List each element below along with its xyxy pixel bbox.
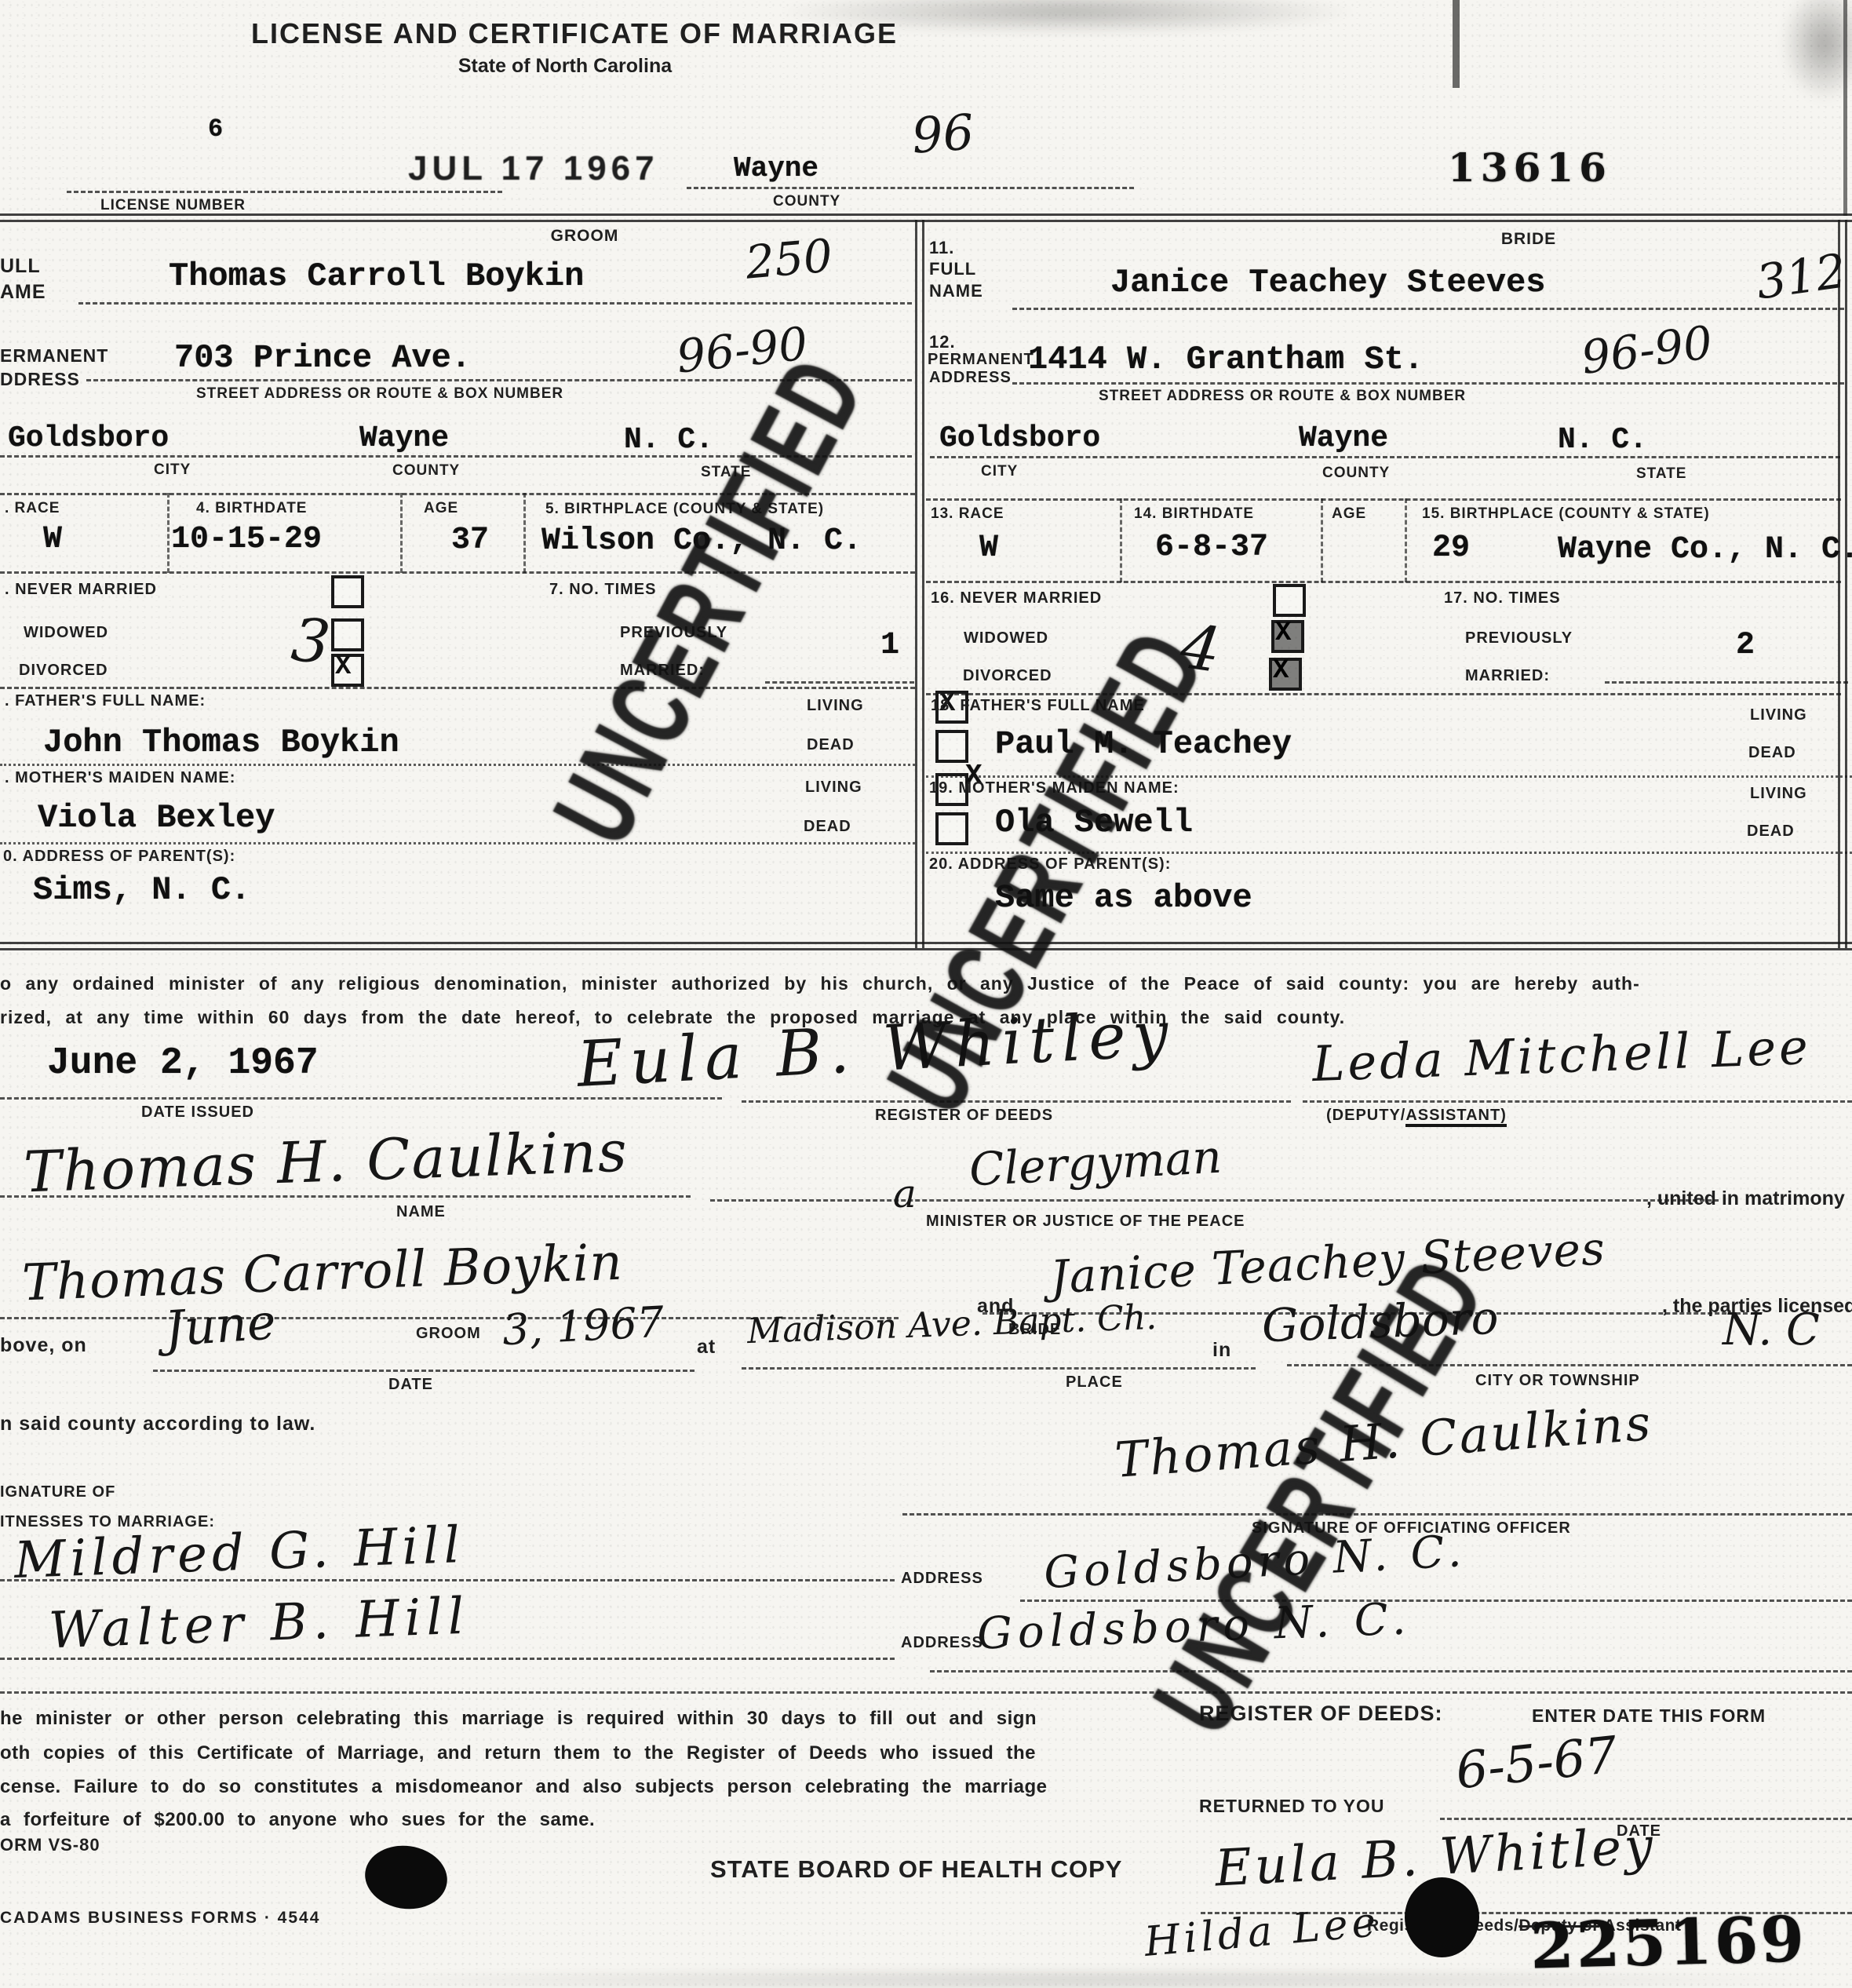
license-number-value: 6 <box>208 115 223 144</box>
address-label-2: ADDRESS <box>901 1634 983 1652</box>
groom-father-dead-checkbox <box>935 730 968 763</box>
minister-line <box>710 1199 1719 1202</box>
rule <box>0 213 1852 216</box>
rule <box>0 764 915 766</box>
groom-times-value: 1 <box>880 628 899 663</box>
ceremony-place-value: Madison Ave. Bapt. Ch. <box>746 1297 1157 1351</box>
form-code: ORM VS-80 <box>0 1835 100 1855</box>
groom-mother-dead-checkbox <box>935 812 968 845</box>
groom-father-living-label: LIVING <box>807 697 864 715</box>
groom-city-label: CITY <box>154 461 191 479</box>
groom-father-label: . FATHER'S FULL NAME: <box>5 692 206 710</box>
page-title: LICENSE AND CERTIFICATE OF MARRIAGE <box>251 17 879 50</box>
bride-married-line <box>1605 681 1848 684</box>
officiant-name-line <box>0 1195 691 1198</box>
groom-mother-living-label: LIVING <box>805 779 862 797</box>
bride-city-label: CITY <box>981 463 1018 480</box>
rule <box>0 687 915 689</box>
groom-parents-address-value: Sims, N. C. <box>33 871 250 909</box>
bride-city-value: Goldsboro <box>939 421 1100 455</box>
certificate-stamp-number: 225169 <box>1529 1902 1807 1983</box>
bride-divorced-checkbox: X <box>1269 658 1302 691</box>
groom-widowed-label: WIDOWED <box>24 624 108 642</box>
register-line <box>742 1100 1291 1103</box>
groom-race-label: . RACE <box>5 500 60 517</box>
printer-code: CADAMS BUSINESS FORMS · 4544 <box>0 1909 320 1928</box>
bride-race-value: W <box>979 531 998 566</box>
bride-address-line <box>1012 382 1844 385</box>
groom-mother-dead-label: DEAD <box>804 818 851 836</box>
cell-divider <box>1321 498 1323 582</box>
ceremony-date-day-year: 3, 1967 <box>501 1297 665 1355</box>
returned-date-value: 6-5-67 <box>1453 1726 1620 1800</box>
groom-widowed-checkbox <box>331 618 364 651</box>
groom-address-value: 703 Prince Ave. <box>174 339 471 377</box>
witness2-signature: Walter B. Hill <box>48 1588 471 1661</box>
bride-mother-dead-label: DEAD <box>1747 823 1795 841</box>
column-divider <box>922 220 924 948</box>
scan-edge-right <box>1843 0 1847 216</box>
bride-county-value: Wayne <box>1299 421 1388 455</box>
groom-name-label: ULL <box>0 255 41 278</box>
bride-section-label: BRIDE <box>1458 230 1599 249</box>
rule <box>0 220 1852 222</box>
ceremony-place-line <box>742 1367 1256 1370</box>
groom-name-code: 250 <box>743 228 834 289</box>
right-border <box>1838 220 1840 948</box>
bride-street-sublabel: STREET ADDRESS OR ROUTE & BOX NUMBER <box>1099 388 1466 405</box>
bride-address-label: PERMANENT <box>928 351 1034 369</box>
bride-birthplace-value: Wayne Co., N. C. <box>1558 532 1852 567</box>
county-value: Wayne <box>734 152 818 184</box>
bride-race-label: 13. RACE <box>931 505 1004 523</box>
bride-address-label: 12. <box>929 332 956 352</box>
groom-name-label: AME <box>0 281 46 304</box>
bride-name-label: FULL <box>929 259 976 279</box>
bride-widowed-checkbox: X <box>1271 620 1304 653</box>
ceremony-date-label: DATE <box>388 1376 433 1394</box>
bride-never-married-label: 16. NEVER MARRIED <box>931 589 1102 607</box>
above-on-text: bove, on <box>0 1334 87 1357</box>
hole-punch-dot <box>361 1840 451 1914</box>
bride-birthplace-label: 15. BIRTHPLACE (COUNTY & STATE) <box>1422 505 1710 523</box>
bride-name-label: NAME <box>929 281 983 301</box>
rule <box>926 693 1841 695</box>
deputy-assistant-label: (DEPUTY/ASSISTANT) <box>1326 1107 1507 1125</box>
groom-state-value: N. C. <box>624 423 713 457</box>
groom-divorced-checkbox: X <box>331 654 364 687</box>
bride-county-label: COUNTY <box>1322 465 1390 482</box>
authorization-text-line1: o any ordained minister of any religious… <box>0 973 1640 994</box>
serial-number: 13616 <box>1448 144 1612 191</box>
bride-mother-living-label: LIVING <box>1750 785 1807 803</box>
groom-address-label: DDRESS <box>0 369 80 390</box>
at-text: at <box>697 1336 716 1359</box>
returned-to-you-label: RETURNED TO YOU <box>1199 1796 1385 1817</box>
enter-date-label: ENTER DATE THIS FORM <box>1532 1705 1766 1727</box>
bride-never-married-checkbox <box>1273 584 1306 617</box>
bride-name-value: Janice Teachey Steeves <box>1110 264 1546 301</box>
bride-father-living-label: LIVING <box>1750 706 1807 724</box>
bride-age-value: 29 <box>1432 531 1470 566</box>
bride-birthdate-value: 6-8-37 <box>1155 530 1268 565</box>
groom-age-label: AGE <box>424 500 458 517</box>
groom-mother-value: Viola Bexley <box>38 799 275 837</box>
page-subtitle: State of North Carolina <box>330 55 800 78</box>
copy-label: STATE BOARD OF HEALTH COPY <box>710 1855 1122 1884</box>
officiant-address1-line <box>1020 1600 1852 1602</box>
groom-name-line <box>78 302 912 305</box>
ceremony-date-month: June <box>163 1293 278 1358</box>
groom-marital-note: 3 <box>288 604 333 678</box>
groom-never-married-label: . NEVER MARRIED <box>5 581 157 599</box>
bride-address-label: ADDRESS <box>929 369 1012 387</box>
license-number-label: LICENSE NUMBER <box>100 197 246 214</box>
footer-notice-line2: oth copies of this Certificate of Marria… <box>0 1742 1036 1764</box>
bride-name-code: 312 <box>1753 243 1850 310</box>
deputy-signature: Leda Mitchell Lee <box>1311 1018 1812 1092</box>
groom-divorced-label: DIVORCED <box>19 662 108 680</box>
scan-noise-top-right <box>1781 0 1852 102</box>
footer-notice-line3: cense. Failure to do so constitutes a mi… <box>0 1776 1047 1798</box>
officiant-name-signature: Thomas H. Caulkins <box>23 1118 629 1206</box>
groom-race-value: W <box>43 522 62 557</box>
groom-birthdate-value: 10-15-29 <box>171 522 322 557</box>
witness1-line <box>0 1579 895 1581</box>
groom-county-value: Wayne <box>359 421 449 455</box>
marriage-certificate-scan: LICENSE AND CERTIFICATE OF MARRIAGE Stat… <box>0 0 1852 1988</box>
bride-times-label: 17. NO. TIMES <box>1444 589 1561 607</box>
officiant-title-value: Clergyman <box>968 1130 1223 1197</box>
bride-birthdate-label: 14. BIRTHDATE <box>1134 505 1254 523</box>
bride-address-value: 1414 W. Grantham St. <box>1028 341 1424 378</box>
witness2-line <box>0 1658 895 1660</box>
date-issued-label: DATE ISSUED <box>141 1103 254 1122</box>
rule <box>0 942 1852 944</box>
ceremony-groom-label: GROOM <box>416 1325 481 1343</box>
hole-punch-dot <box>1405 1877 1479 1957</box>
groom-address-label: ERMANENT <box>0 345 108 367</box>
rule <box>0 1691 1852 1694</box>
groom-name-value: Thomas Carroll Boykin <box>169 257 584 295</box>
cell-divider <box>167 493 170 573</box>
bride-address-code: 96-90 <box>1578 316 1715 385</box>
date-received-stamp: JUL 17 1967 <box>408 149 659 188</box>
bride-state-value: N. C. <box>1558 423 1647 457</box>
county-handwritten-number: 96 <box>910 103 976 164</box>
bride-state-label: STATE <box>1636 465 1686 483</box>
groom-birthdate-label: 4. BIRTHDATE <box>196 500 307 517</box>
x-mark: X <box>1275 618 1291 648</box>
scan-mark-vertical <box>1453 0 1460 88</box>
bride-city-line <box>930 456 1840 458</box>
groom-county-label: COUNTY <box>392 462 460 480</box>
cell-divider <box>400 493 403 573</box>
officiant-address2-line <box>930 1670 1852 1672</box>
groom-section-label: GROOM <box>518 227 651 246</box>
deputy-label-assistant: ASSISTANT) <box>1405 1107 1507 1127</box>
x-mark: X <box>1273 656 1289 686</box>
united-text: , united in matrimony <box>1646 1187 1845 1210</box>
cell-divider <box>1405 498 1407 582</box>
groom-married-line <box>765 681 914 684</box>
bride-father-dead-label: DEAD <box>1748 744 1796 762</box>
minister-label: MINISTER OR JUSTICE OF THE PEACE <box>926 1213 1245 1231</box>
license-number-line <box>67 191 502 193</box>
groom-mother-label: . MOTHER'S MAIDEN NAME: <box>5 769 235 787</box>
county-line <box>687 187 1134 189</box>
date-issued-value: June 2, 1967 <box>47 1042 319 1085</box>
ceremony-date-line <box>153 1370 694 1372</box>
cell-divider <box>1120 498 1122 582</box>
officiant-name-label: NAME <box>396 1203 446 1221</box>
ceremony-groom-name: Thomas Carroll Boykin <box>21 1234 624 1313</box>
county-label: COUNTY <box>773 193 840 210</box>
groom-father-value: John Thomas Boykin <box>43 724 399 761</box>
clerk-signature: Hilda Lee <box>1143 1899 1382 1966</box>
groom-age-value: 37 <box>451 523 489 558</box>
county-law-text: n said county according to law. <box>0 1413 315 1435</box>
deputy-label-pre: (DEPUTY/ <box>1326 1107 1405 1124</box>
in-text: in <box>1212 1339 1231 1362</box>
article-a: a <box>893 1171 917 1217</box>
bride-times-value: 2 <box>1736 628 1755 663</box>
ceremony-place-label: PLACE <box>1066 1373 1123 1392</box>
right-border <box>1845 220 1847 948</box>
ceremony-city-label: CITY OR TOWNSHIP <box>1475 1372 1640 1390</box>
rule <box>926 498 1841 501</box>
rule <box>0 842 915 844</box>
rule <box>926 581 1841 583</box>
bride-age-label: AGE <box>1332 505 1366 523</box>
rule <box>0 948 1852 950</box>
bride-previously-label: PREVIOUSLY <box>1465 629 1573 647</box>
groom-parents-address-label: 0. ADDRESS OF PARENT(S): <box>3 848 235 866</box>
ceremony-bride-name: Janice Teachey Steeves <box>1049 1222 1607 1304</box>
x-mark: X <box>335 652 351 682</box>
ceremony-state-value: N. C <box>1723 1304 1820 1355</box>
bride-divorced-label: DIVORCED <box>963 667 1052 685</box>
witness-label-line1: IGNATURE OF <box>0 1483 115 1501</box>
groom-father-dead-label: DEAD <box>807 736 855 754</box>
bride-name-line <box>1012 308 1844 310</box>
footer-notice-line4: a forfeiture of $200.00 to anyone who su… <box>0 1809 595 1831</box>
groom-city-value: Goldsboro <box>8 421 169 455</box>
column-divider <box>915 220 917 948</box>
cell-divider <box>523 493 526 573</box>
footer-notice-line1: he minister or other person celebrating … <box>0 1708 1037 1730</box>
deputy-line <box>1303 1100 1852 1103</box>
bride-name-label: 11. <box>929 238 954 258</box>
groom-street-sublabel: STREET ADDRESS OR ROUTE & BOX NUMBER <box>196 385 563 403</box>
bride-married-label: MARRIED: <box>1465 667 1550 685</box>
groom-never-married-checkbox <box>331 575 364 608</box>
bride-widowed-label: WIDOWED <box>964 629 1048 647</box>
address-label-1: ADDRESS <box>901 1570 983 1588</box>
